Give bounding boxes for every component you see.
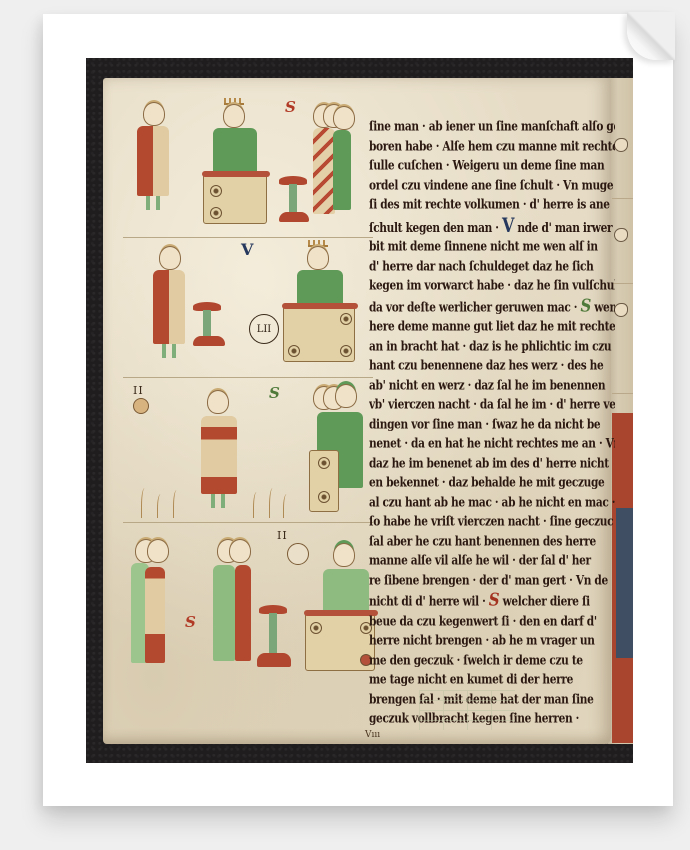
moon-face-icon [287, 543, 309, 565]
illustration-column: S V LII [123, 98, 373, 708]
circle-numeral: LII [249, 314, 279, 344]
parchment-folio: S V LII [103, 78, 611, 744]
grain-stalk [269, 488, 275, 518]
altar-base [279, 212, 309, 222]
blue-initial: V [502, 213, 514, 236]
facing-panel-divider [612, 393, 633, 394]
throne [305, 613, 375, 671]
red-initial: S [489, 589, 499, 611]
green-initial: S [580, 294, 590, 316]
page-curl-corner [627, 12, 675, 60]
altar-stem [203, 310, 211, 336]
rubric-initial: S [269, 386, 280, 401]
grain-stalk [141, 488, 147, 518]
grain-stalk [283, 494, 289, 518]
show-through-brick-wall [419, 690, 515, 730]
illustration-scene-4: II S [123, 523, 373, 698]
illustration-scene-2: V LII [123, 238, 373, 378]
facing-panel-divider [612, 283, 633, 284]
throne [203, 174, 267, 224]
facing-figure-head [614, 303, 628, 317]
rubric-initial: S [285, 100, 296, 115]
altar-stem [289, 184, 297, 212]
throne [283, 306, 355, 362]
grain-stalk [253, 492, 259, 518]
illustration-scene-3: II S [123, 378, 373, 523]
margin-numeral: II [277, 529, 288, 542]
altar-base [193, 336, 225, 346]
facing-figure-head [614, 228, 628, 242]
folio-number: Vııı [365, 730, 380, 740]
sun-face-icon [133, 398, 149, 414]
facing-panel-divider [612, 198, 633, 199]
throne [309, 450, 339, 512]
altar-base [257, 653, 291, 667]
manuscript-text-column: ſine man · ab iener un ſine manſchaft al… [369, 118, 615, 730]
facing-figure-head [614, 138, 628, 152]
rubric-initial: S [185, 615, 196, 630]
grain-stalk [173, 490, 179, 518]
grain-stalk [157, 494, 163, 518]
manuscript-photograph: S V LII [86, 58, 633, 763]
altar-stem [269, 613, 277, 653]
margin-numeral: II [133, 384, 144, 397]
illustration-scene-1: S [123, 98, 373, 238]
rubric-initial: V [241, 242, 253, 258]
facing-blue-panel [616, 508, 633, 658]
